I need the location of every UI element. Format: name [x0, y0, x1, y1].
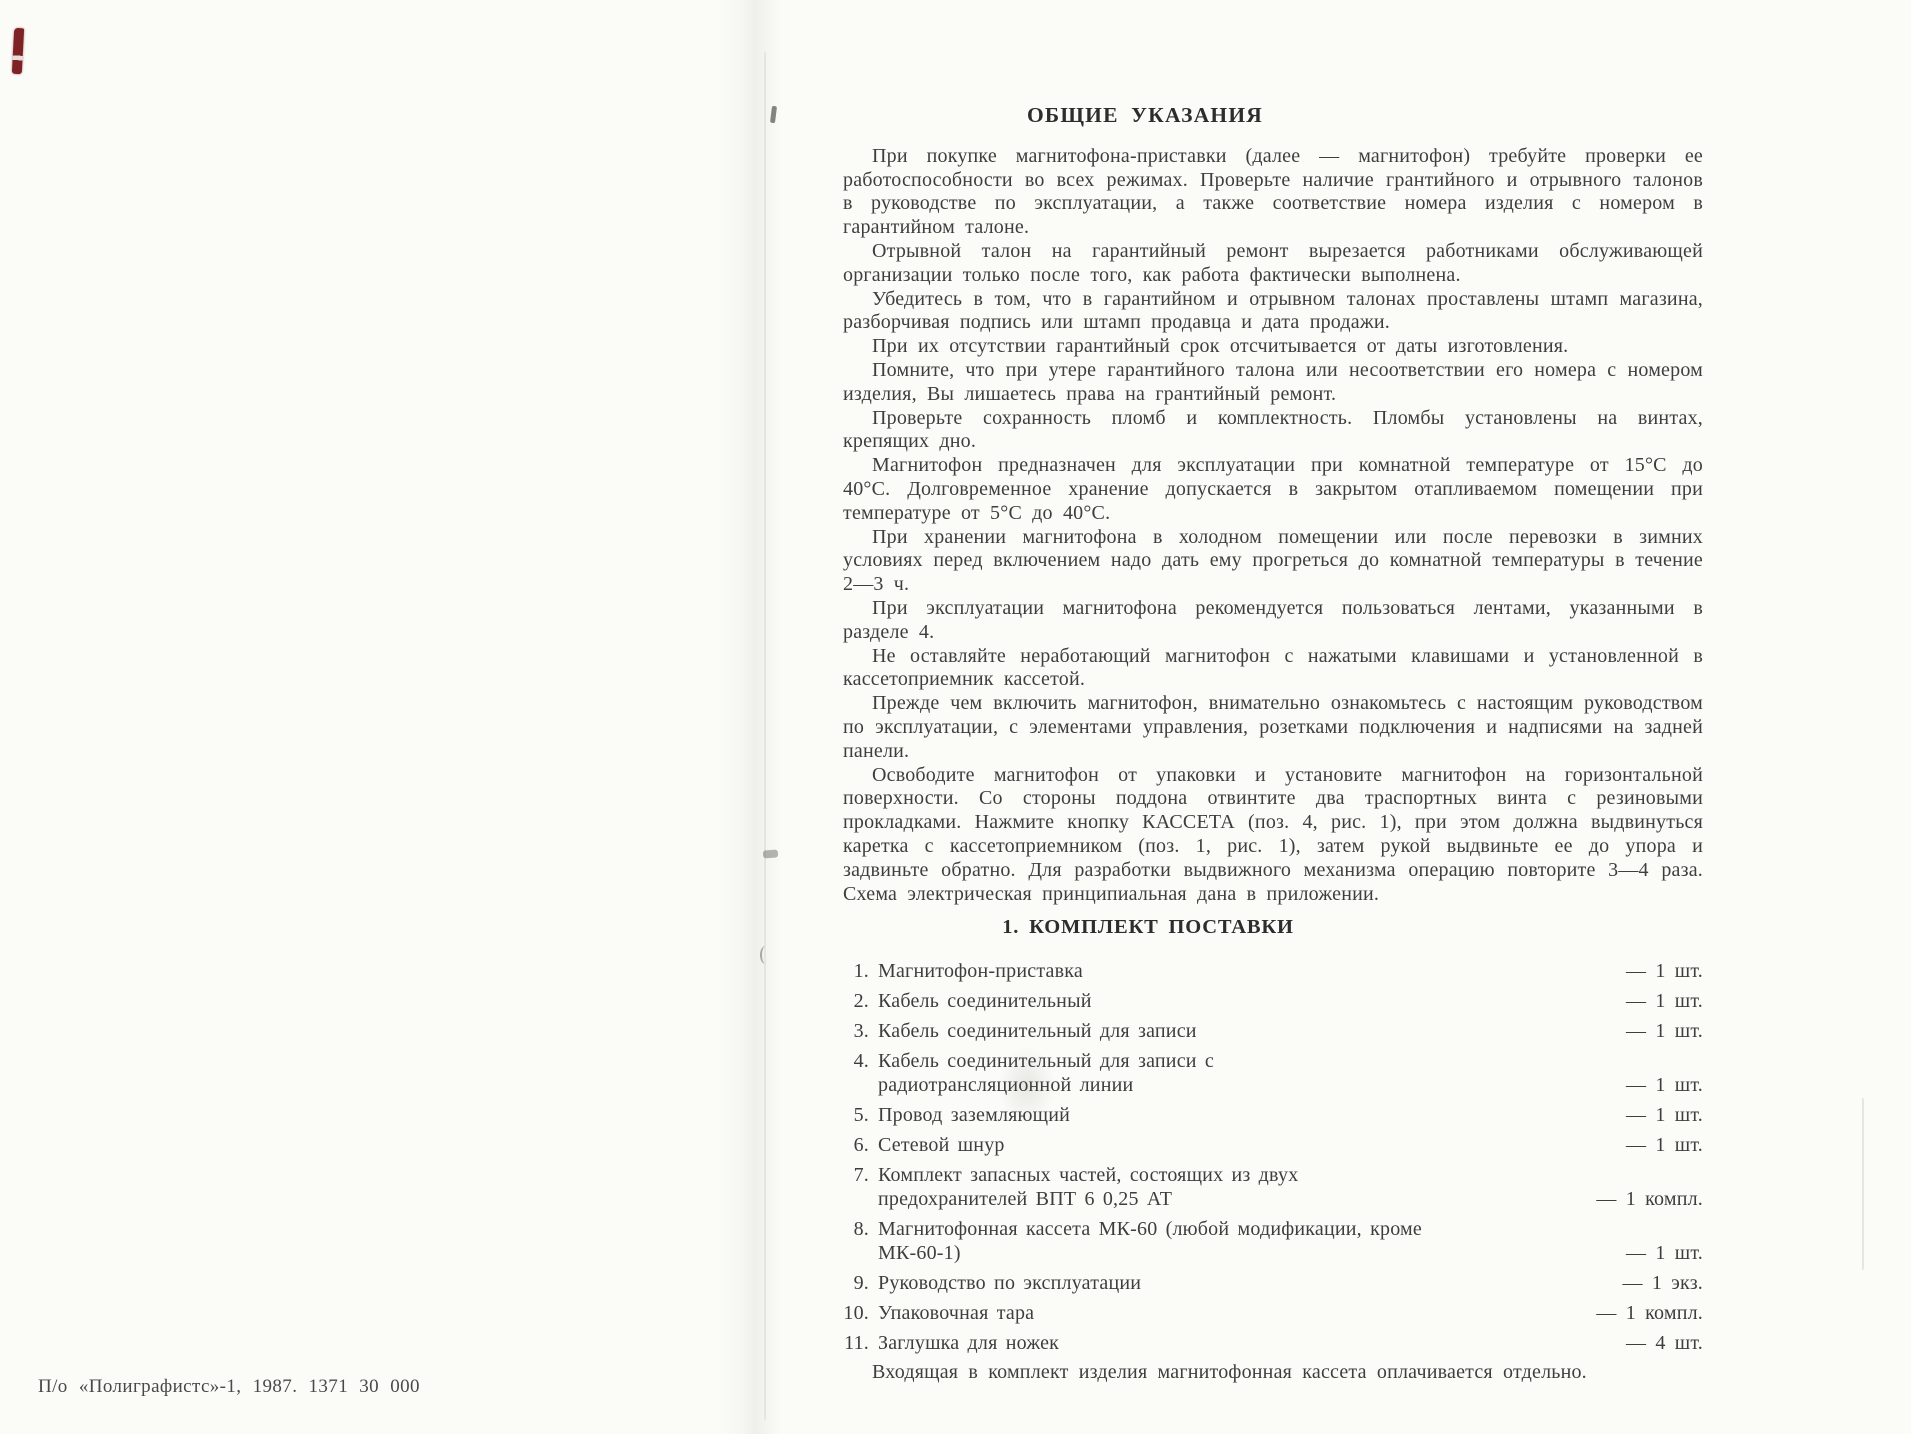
kit-item-quantity: — 1 экз.: [1622, 1271, 1703, 1295]
kit-item: 9. Руководство по эксплуатации — 1 экз.: [843, 1271, 1703, 1295]
kit-item-quantity: — 1 шт.: [1626, 1019, 1703, 1043]
paragraph: При покупке магнитофона-приставки (далее…: [843, 145, 1703, 240]
kit-item-name: Сетевой шнур: [878, 1133, 1626, 1157]
kit-item-name: Провод заземляющий: [878, 1103, 1626, 1127]
paragraph: Освободите магнитофон от упаковки и уста…: [843, 764, 1703, 907]
kit-item: 7. Комплект запасных частей, состоящих и…: [843, 1163, 1703, 1211]
kit-item: 10. Упаковочная тара — 1 компл.: [843, 1301, 1703, 1325]
kit-item: 1. Магнитофон-приставка — 1 шт.: [843, 959, 1703, 983]
paragraph: При хранении магнитофона в холодном поме…: [843, 526, 1703, 597]
page-content: ОБЩИЕ УКАЗАНИЯ При покупке магнитофона-п…: [843, 104, 1703, 1385]
kit-item-quantity: — 1 компл.: [1596, 1187, 1703, 1211]
scanned-manual-page: ОБЩИЕ УКАЗАНИЯ При покупке магнитофона-п…: [0, 0, 1911, 1434]
kit-item-number: 1.: [843, 959, 869, 983]
kit-item-quantity: — 1 шт.: [1626, 959, 1703, 983]
kit-item-quantity: — 1 компл.: [1596, 1301, 1703, 1325]
kit-item-quantity: — 1 шт.: [1626, 1133, 1703, 1157]
scan-edge-line: [1862, 1098, 1864, 1270]
paragraph: Отрывной талон на гарантийный ремонт выр…: [843, 240, 1703, 288]
kit-item-number: 7.: [843, 1163, 869, 1187]
paragraph: Магнитофон предназначен для эксплуатации…: [843, 454, 1703, 525]
kit-item-name: Заглушка для ножек: [878, 1331, 1626, 1355]
paragraph: При эксплуатации магнитофона рекомендует…: [843, 597, 1703, 645]
paragraph: Убедитесь в том, что в гарантийном и отр…: [843, 288, 1703, 336]
kit-item: 8. Магнитофонная кассета МК-60 (любой мо…: [843, 1217, 1703, 1265]
paragraph: Проверьте сохранность пломб и комплектно…: [843, 407, 1703, 455]
delivery-set-list: 1. Магнитофон-приставка — 1 шт. 2. Кабел…: [843, 959, 1703, 1355]
kit-item-name: Магнитофонная кассета МК-60 (любой модиф…: [878, 1217, 1626, 1265]
kit-item-number: 8.: [843, 1217, 869, 1241]
kit-item-number: 11.: [843, 1331, 869, 1355]
kit-item-quantity: — 4 шт.: [1626, 1331, 1703, 1355]
kit-item-name: Комплект запасных частей, состоящих из д…: [878, 1163, 1596, 1211]
kit-item-number: 10.: [843, 1301, 869, 1325]
kit-item-number: 9.: [843, 1271, 869, 1295]
kit-item-name: Магнитофон-приставка: [878, 959, 1626, 983]
page-fold-shadow: [718, 0, 782, 1434]
kit-item-name: Кабель соединительный: [878, 989, 1626, 1013]
kit-item: 2. Кабель соединительный — 1 шт.: [843, 989, 1703, 1013]
kit-item-number: 2.: [843, 989, 869, 1013]
kit-item-quantity: — 1 шт.: [1626, 989, 1703, 1013]
kit-item: 11. Заглушка для ножек — 4 шт.: [843, 1331, 1703, 1355]
print-imprint: П/о «Полиграфистс»-1, 1987. 1371 30 000: [38, 1376, 420, 1398]
kit-item-name: Кабель соединительный для записи с радио…: [878, 1049, 1626, 1097]
kit-item-number: 3.: [843, 1019, 869, 1043]
kit-item-number: 6.: [843, 1133, 869, 1157]
scan-speck: [763, 849, 779, 858]
kit-item-name: Кабель соединительный для записи: [878, 1019, 1626, 1043]
red-ink-mark: [12, 28, 24, 74]
kit-item: 5. Провод заземляющий — 1 шт.: [843, 1103, 1703, 1127]
kit-item-name: Руководство по эксплуатации: [878, 1271, 1622, 1295]
paragraph: Прежде чем включить магнитофон, внимател…: [843, 692, 1703, 763]
paragraph: При их отсутствии гарантийный срок отсчи…: [843, 335, 1703, 359]
kit-item-quantity: — 1 шт.: [1626, 1241, 1703, 1265]
kit-item-number: 4.: [843, 1049, 869, 1073]
page-fold-line: [764, 52, 766, 1420]
paragraph: Не оставляйте неработающий магнитофон с …: [843, 645, 1703, 693]
section-heading: 1. КОМПЛЕКТ ПОСТАВКИ: [843, 916, 1453, 940]
kit-item: 4. Кабель соединительный для записи с ра…: [843, 1049, 1703, 1097]
paragraph: Помните, что при утере гарантийного тало…: [843, 359, 1703, 407]
kit-item-quantity: — 1 шт.: [1626, 1103, 1703, 1127]
kit-item-quantity: — 1 шт.: [1626, 1073, 1703, 1097]
scan-speck: [760, 946, 771, 964]
kit-item: 6. Сетевой шнур — 1 шт.: [843, 1133, 1703, 1157]
page-title: ОБЩИЕ УКАЗАНИЯ: [843, 104, 1447, 128]
kit-item-name: Упаковочная тара: [878, 1301, 1596, 1325]
kit-item-number: 5.: [843, 1103, 869, 1127]
kit-item: 3. Кабель соединительный для записи — 1 …: [843, 1019, 1703, 1043]
closing-paragraph: Входящая в комплект изделия магнитофонна…: [843, 1361, 1703, 1385]
